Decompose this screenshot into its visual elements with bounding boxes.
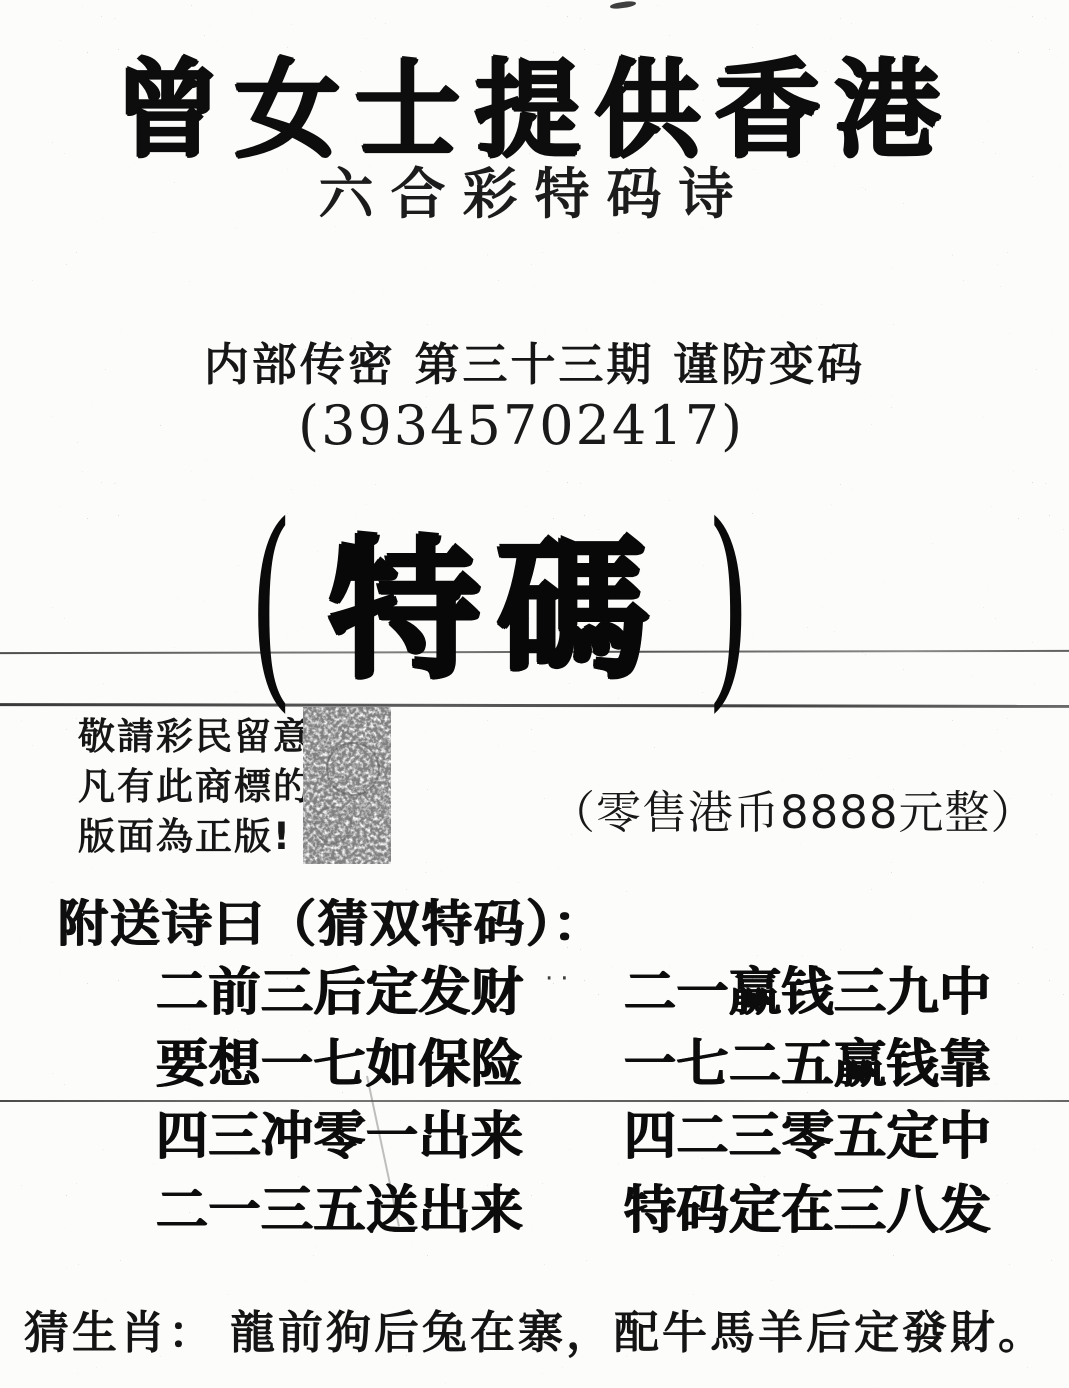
zodiac-label: 猜生肖： <box>24 1306 216 1359</box>
poem-line: 特码定在三八发 <box>624 1168 992 1243</box>
scan-smudge <box>610 0 637 10</box>
open-paren-glyph: ( <box>249 497 293 715</box>
special-code-text: 特碼 <box>329 525 665 687</box>
trademark-notice-line: 凡有此商標的 <box>78 762 312 812</box>
poem-couplet-row: 二前三后定发财 二一赢钱三九中 <box>0 950 1069 1012</box>
poem-line: 要想一七如保险 <box>156 1022 524 1097</box>
trademark-stamp-icon <box>303 707 391 864</box>
phone-number: (39345702417) <box>298 394 744 457</box>
issue-notice: 内部传密 第三十三期 谨防变码 <box>0 328 1069 393</box>
special-code-mark: ( 特碼 ) <box>0 488 1034 723</box>
poem-line: 四三冲零一出来 <box>156 1094 524 1169</box>
scanned-flyer-page: 曾女士提供香港 六合彩特码诗 内部传密 第三十三期 谨防变码 (39345702… <box>0 0 1069 1388</box>
poem-couplet-row: 二一三五送出来 特码定在三八发 <box>0 1168 1069 1230</box>
poem-line: 一七二五赢钱靠 <box>624 1022 992 1097</box>
trademark-notice: 敬請彩民留意 凡有此商標的 版面為正版! <box>78 712 312 862</box>
zodiac-text: 龍前狗后兔在寨，配牛馬羊后定發財。 <box>230 1306 1046 1359</box>
close-paren-glyph: ) <box>706 497 750 715</box>
poem-couplet-row: 要想一七如保险 一七二五赢钱靠 <box>0 1022 1069 1084</box>
poem-line: 四二三零五定中 <box>624 1094 992 1169</box>
poem-line: 二一三五送出来 <box>156 1168 524 1243</box>
trademark-notice-line: 版面為正版! <box>78 812 312 862</box>
poem-line: 二一赢钱三九中 <box>624 950 992 1025</box>
poem-couplet-row: 四三冲零一出来 四二三零五定中 <box>0 1094 1069 1156</box>
poem-heading: 附送诗曰（猜双特码）： <box>58 884 605 956</box>
poem-line: 二前三后定发财 <box>156 950 524 1025</box>
page-subtitle: 六合彩特码诗 <box>0 150 1069 229</box>
retail-price-note: （零售港币8888元整） <box>550 776 1037 841</box>
zodiac-hint: 猜生肖：龍前狗后兔在寨，配牛馬羊后定發財。 <box>24 1296 1046 1361</box>
